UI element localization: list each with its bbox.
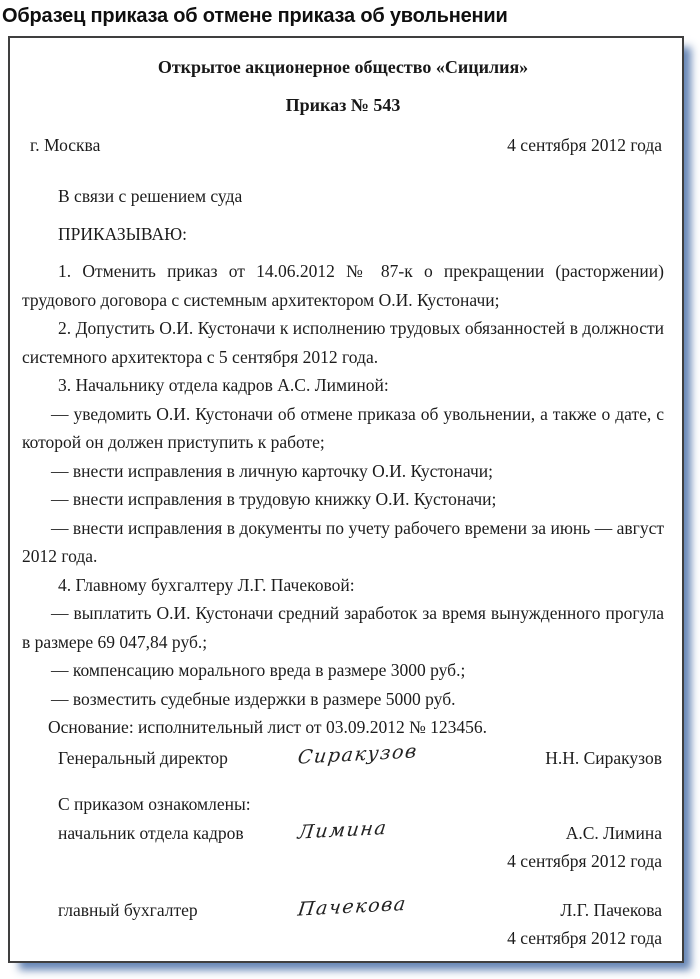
preamble: В связи с решением суда [22, 182, 664, 211]
paragraph-item-2: 2. Допустить О.И. Кустоначи к исполнению… [22, 314, 664, 371]
director-role: Генеральный директор [58, 744, 288, 773]
signature-row-director: Генеральный директор Сиракузов Н.Н. Сира… [22, 744, 664, 773]
accountant-role: главный бухгалтер [58, 896, 288, 925]
paragraph-sub-3: — внести исправления в трудовую книжку О… [22, 485, 664, 514]
signature-row-hr-head: начальник отдела кадров Лимина А.С. Лими… [22, 819, 664, 848]
paragraph-item-1: 1. Отменить приказ от 14.06.2012 № 87-к … [22, 257, 664, 314]
paragraph-sub-7: — возместить судебные издержки в размере… [22, 685, 664, 714]
paragraph-basis: Основание: исполнительный лист от 03.09.… [22, 713, 664, 742]
organization-name: Открытое акционерное общество «Сицилия» [22, 55, 664, 79]
acknowledged-heading: С приказом ознакомлены: [22, 790, 664, 819]
paragraph-sub-6: — компенсацию морального вреда в размере… [22, 656, 664, 685]
paragraph-sub-4: — внести исправления в документы по учет… [22, 514, 664, 571]
paragraph-sub-1: — уведомить О.И. Кустоначи об отмене при… [22, 400, 664, 457]
director-name: Н.Н. Сиракузов [545, 744, 664, 773]
order-document: Открытое акционерное общество «Сицилия» … [8, 36, 684, 963]
hr-head-role: начальник отдела кадров [58, 819, 288, 848]
page-title: Образец приказа об отмене приказа об уво… [2, 4, 700, 28]
paragraph-sub-2: — внести исправления в личную карточку О… [22, 457, 664, 486]
city-date-row: г. Москва 4 сентября 2012 года [22, 134, 664, 156]
city: г. Москва [30, 134, 100, 156]
paragraph-item-3: 3. Начальнику отдела кадров А.С. Лиминой… [22, 371, 664, 400]
accountant-name: Л.Г. Пачекова [560, 896, 664, 925]
accountant-ack-date: 4 сентября 2012 года [22, 924, 664, 953]
order-number: Приказ № 543 [22, 93, 664, 117]
hr-head-signature-script: Лимина [288, 813, 389, 847]
order-body: 1. Отменить приказ от 14.06.2012 № 87-к … [22, 257, 664, 742]
hr-head-name: А.С. Лимина [566, 819, 664, 848]
paragraph-sub-5: — выплатить О.И. Кустоначи средний зараб… [22, 599, 664, 656]
signature-row-accountant: главный бухгалтер Пачекова Л.Г. Пачекова [22, 896, 664, 925]
accountant-signature-script: Пачекова [288, 889, 409, 924]
directive-word: ПРИКАЗЫВАЮ: [22, 220, 664, 249]
director-signature-script: Сиракузов [288, 737, 420, 772]
paragraph-item-4: 4. Главному бухгалтеру Л.Г. Пачековой: [22, 571, 664, 600]
order-date: 4 сентября 2012 года [507, 134, 662, 156]
hr-head-ack-date: 4 сентября 2012 года [22, 847, 664, 876]
